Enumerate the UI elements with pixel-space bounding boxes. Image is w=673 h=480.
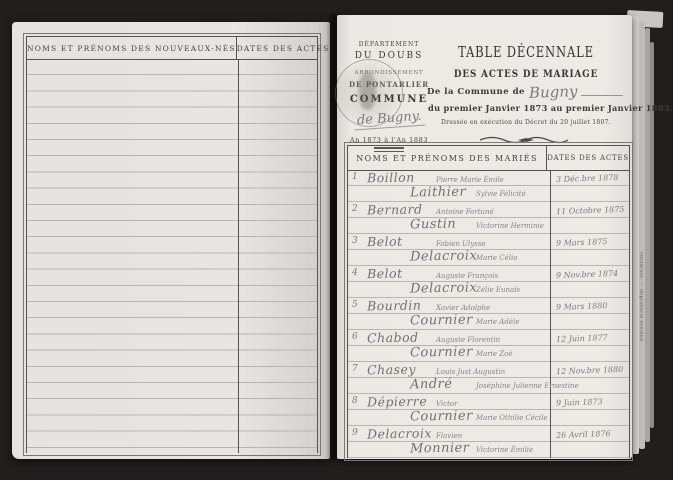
wife-given-names: Marie Adèle	[476, 318, 519, 326]
husband-given-names: Antoine Fortuné	[436, 208, 494, 216]
husband-given-names: Victor	[436, 400, 457, 408]
left-dates-header-label: DATES DES ACTES	[237, 44, 330, 53]
wife-surname: Gustin	[410, 217, 456, 233]
husband-surname: Chasey	[367, 362, 416, 378]
entry-number: 1	[352, 172, 358, 182]
entry-number: 9	[352, 428, 358, 438]
act-date: 9 Nov.bre 1874	[556, 269, 618, 280]
act-date: 9 Mars 1880	[556, 301, 608, 312]
husband-surname: Chabod	[367, 330, 419, 346]
husband-surname: Belot	[367, 234, 403, 250]
husband-surname: Bourdin	[367, 298, 422, 314]
wife-given-names: Sylvie Félicité	[476, 190, 526, 198]
page-stack-edge	[639, 21, 645, 449]
husband-surname: Dépierre	[367, 393, 427, 409]
husband-given-names: Pierre Marie Émile	[436, 176, 504, 184]
table-row: 3 Belot Fabien Ulysse Delacroix Marie Cé…	[348, 234, 629, 266]
wife-surname: Cournier	[410, 344, 473, 360]
wife-given-names: Victorine Herminie	[476, 222, 544, 230]
period-line: du premier Janvier 1873 au premier Janvi…	[428, 104, 624, 114]
table-row: 7 Chasey Louis Just Augustin André Josép…	[348, 362, 629, 394]
marriages-table-header: NOMS ET PRÉNOMS DES MARIÉS DATES DES ACT…	[348, 146, 629, 171]
husband-given-names: Louis Just Augustin	[436, 368, 505, 376]
husband-surname: Bernard	[367, 202, 423, 218]
left-table-ruled-body	[27, 59, 317, 453]
departement-name: DU DOUBS	[343, 51, 435, 61]
wife-given-names: Marie Othilie Cécile	[476, 414, 547, 422]
entry-number: 3	[352, 236, 358, 246]
husband-given-names: Flavien	[436, 432, 462, 440]
entry-number: 2	[352, 204, 358, 214]
commune-line-name: Bugny	[529, 85, 578, 100]
act-date: 12 Juin 1877	[556, 333, 608, 344]
wife-surname: Monnier	[410, 440, 470, 456]
page-title: TABLE DÉCENNALE	[445, 45, 607, 61]
act-date: 3 Déc.bre 1878	[556, 173, 619, 184]
act-date: 9 Mars 1875	[556, 237, 608, 248]
page-stack-edge	[631, 16, 639, 454]
page-stack-edge	[645, 28, 650, 442]
table-row: 6 Chabod Auguste Florentin Cournier Mari…	[348, 330, 629, 362]
wife-surname: Cournier	[410, 408, 473, 424]
act-date: 12 Nov.bre 1880	[556, 365, 624, 376]
left-table-column-divider	[238, 59, 239, 453]
right-page: DÉPARTEMENT DU DOUBS ARRONDISSEMENT DE P…	[337, 15, 632, 459]
entry-number: 7	[352, 364, 358, 374]
act-date: 9 Juin 1873	[556, 397, 603, 408]
marriages-table: NOMS ET PRÉNOMS DES MARIÉS DATES DES ACT…	[347, 145, 630, 458]
names-column-header: NOMS ET PRÉNOMS DES MARIÉS	[348, 146, 547, 170]
table-row: 9 Delacroix Flavien Monnier Victorine Ém…	[348, 426, 629, 458]
table-row: 2 Bernard Antoine Fortuné Gustin Victori…	[348, 202, 629, 234]
circular-ink-stamp-icon	[335, 59, 403, 127]
wife-surname: André	[410, 377, 453, 393]
scanned-register-spread: { "colors": { "background": "#211f1d", "…	[0, 0, 673, 480]
margin-period: An 1873 à l'An 1883	[343, 136, 435, 144]
husband-given-names: Fabien Ulysse	[436, 240, 486, 248]
wife-given-names: Victorine Émilie	[476, 446, 533, 454]
husband-surname: Boillon	[367, 170, 415, 186]
printer-imprint: Pontarlier. — Imprimerie Armand	[633, 252, 643, 372]
table-row: 5 Bourdin Xavier Adolphe Cournier Marie …	[348, 298, 629, 330]
left-table-header: NOMS ET PRÉNOMS DES NOUVEAUX-NÉS DATES D…	[27, 37, 317, 60]
wife-surname: Delacroix	[410, 248, 478, 264]
table-row: 4 Belot Auguste François Delacroix Zélie…	[348, 266, 629, 298]
wife-given-names: Marie Zoé	[476, 350, 513, 358]
table-row: 1 Boillon Pierre Marie Émile Laithier Sy…	[348, 170, 629, 202]
wife-surname: Delacroix	[410, 280, 478, 296]
act-date: 26 Avril 1876	[556, 429, 611, 440]
wife-given-names: Zélie Eunaïs	[476, 286, 520, 294]
names-header-label: NOMS ET PRÉNOMS DES MARIÉS	[356, 154, 538, 163]
departement-label: DÉPARTEMENT	[343, 41, 435, 48]
husband-given-names: Auguste Florentin	[436, 336, 500, 344]
wife-given-names: Marie Célia	[476, 254, 517, 262]
commune-line: De la Commune de Bugny	[425, 86, 627, 99]
wife-given-names: Joséphine Julienne Ernestine	[476, 382, 579, 390]
act-date: 11 Octobre 1875	[556, 205, 625, 216]
husband-surname: Delacroix	[367, 425, 432, 441]
dates-header-label: DATES DES ACTES	[547, 154, 629, 162]
left-dates-column-header: DATES DES ACTES	[237, 37, 330, 59]
commune-line-prefix: De la Commune de	[427, 87, 525, 99]
left-births-table: NOMS ET PRÉNOMS DES NOUVEAUX-NÉS DATES D…	[26, 36, 318, 453]
page-subtitle: DES ACTES DE MARIAGE	[437, 69, 615, 80]
entry-number: 5	[352, 300, 358, 310]
wife-surname: Laithier	[410, 185, 466, 201]
entry-number: 4	[352, 268, 358, 278]
table-row: 8 Dépierre Victor Cournier Marie Othilie…	[348, 394, 629, 426]
commune-line-fill	[581, 95, 623, 96]
left-page: NOMS ET PRÉNOMS DES NOUVEAUX-NÉS DATES D…	[12, 22, 330, 459]
husband-given-names: Auguste François	[436, 272, 498, 280]
title-block: TABLE DÉCENNALE DES ACTES DE MARIAGE De …	[425, 45, 627, 148]
left-names-column-header: NOMS ET PRÉNOMS DES NOUVEAUX-NÉS	[27, 37, 237, 59]
husband-given-names: Xavier Adolphe	[436, 304, 490, 312]
entry-number: 8	[352, 396, 358, 406]
husband-surname: Belot	[367, 266, 403, 282]
entry-number: 6	[352, 332, 358, 342]
page-stack-edge	[650, 42, 654, 428]
decree-line: Dressée en exécution du Décret du 20 jui…	[425, 119, 627, 126]
left-names-header-label: NOMS ET PRÉNOMS DES NOUVEAUX-NÉS	[27, 44, 236, 53]
dates-column-header: DATES DES ACTES	[547, 146, 629, 170]
wife-surname: Cournier	[410, 312, 473, 328]
marriages-table-body: 1 Boillon Pierre Marie Émile Laithier Sy…	[348, 170, 629, 458]
